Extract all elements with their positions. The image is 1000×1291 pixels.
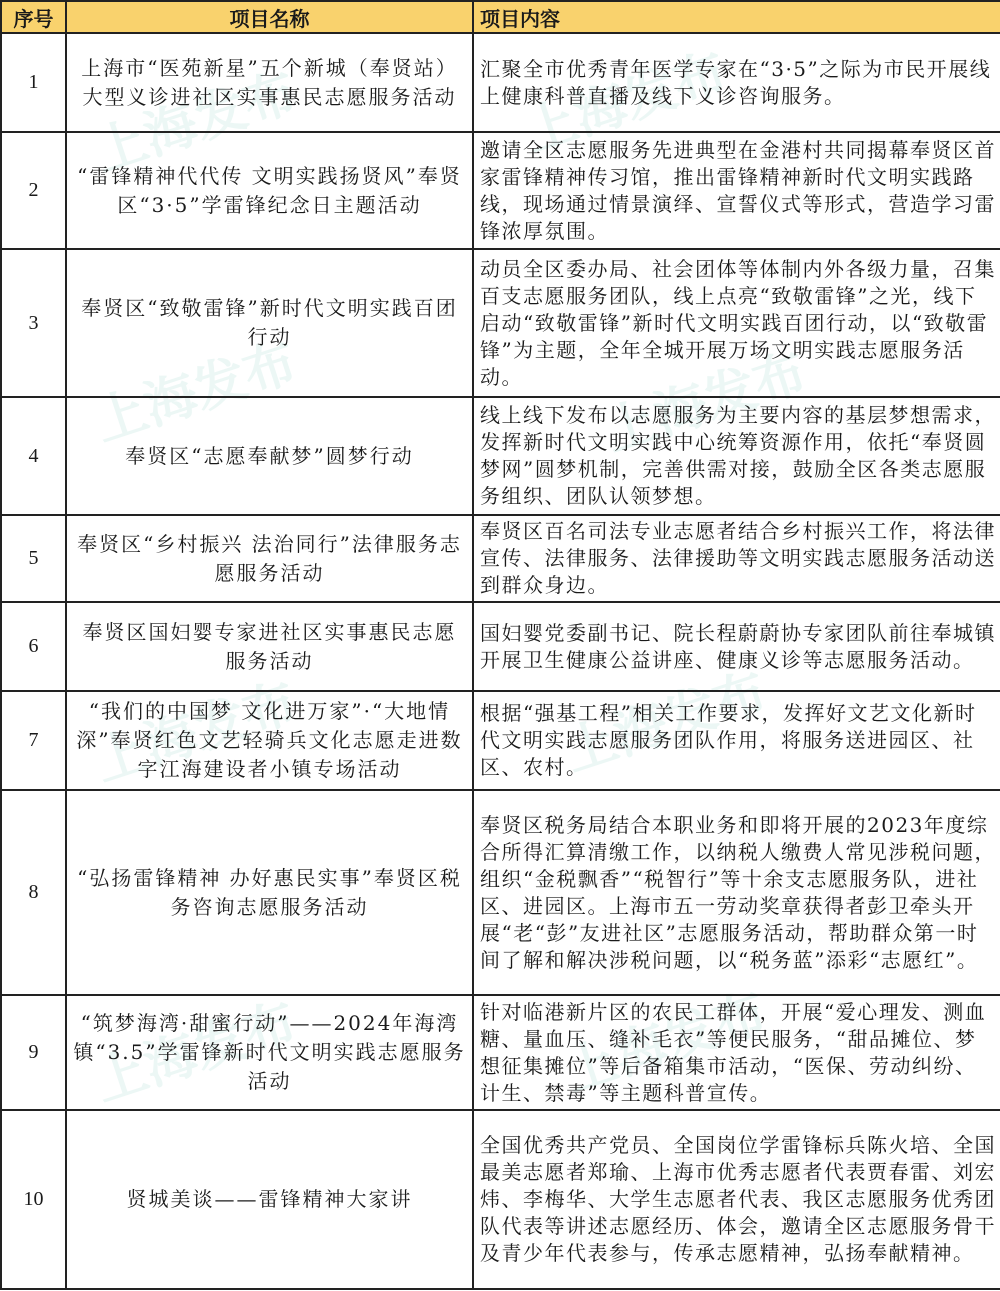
- row-number: 1: [1, 33, 66, 132]
- row-number: 3: [1, 249, 66, 397]
- project-content: 奉贤区百名司法专业志愿者结合乡村振兴工作，将法律宣传、法律服务、法律援助等文明实…: [473, 515, 1000, 602]
- project-content: 针对临港新片区的农民工群体，开展“爱心理发、测血糖、量血压、缝补毛衣”等便民服务…: [473, 995, 1000, 1110]
- project-name: “筑梦海湾·甜蜜行动”——2024年海湾镇“3.5”学雷锋新时代文明实践志愿服务…: [66, 995, 473, 1110]
- row-number: 5: [1, 515, 66, 602]
- project-name: 上海市“医苑新星”五个新城（奉贤站）大型义诊进社区实事惠民志愿服务活动: [66, 33, 473, 132]
- row-number: 2: [1, 132, 66, 249]
- row-number: 9: [1, 995, 66, 1110]
- table-row: 7 “我们的中国梦 文化进万家”·“大地情深”奉贤红色文艺轻骑兵文化志愿走进数字…: [1, 691, 1000, 790]
- row-number: 8: [1, 790, 66, 995]
- table-row: 1 上海市“医苑新星”五个新城（奉贤站）大型义诊进社区实事惠民志愿服务活动 汇聚…: [1, 33, 1000, 132]
- table-row: 6 奉贤区国妇婴专家进社区实事惠民志愿服务活动 国妇婴党委副书记、院长程蔚蔚协专…: [1, 602, 1000, 691]
- row-number: 10: [1, 1110, 66, 1289]
- header-project-content: 项目内容: [473, 1, 1000, 33]
- project-content: 奉贤区税务局结合本职业务和即将开展的2023年度综合所得汇算清缴工作，以纳税人缴…: [473, 790, 1000, 995]
- project-content: 线上线下发布以志愿服务为主要内容的基层梦想需求，发挥新时代文明实践中心统筹资源作…: [473, 397, 1000, 515]
- project-name: 奉贤区“志愿奉献梦”圆梦行动: [66, 397, 473, 515]
- table-row: 8 “弘扬雷锋精神 办好惠民实事”奉贤区税务咨询志愿服务活动 奉贤区税务局结合本…: [1, 790, 1000, 995]
- table-row: 5 奉贤区“乡村振兴 法治同行”法律服务志愿服务活动 奉贤区百名司法专业志愿者结…: [1, 515, 1000, 602]
- table-row: 4 奉贤区“志愿奉献梦”圆梦行动 线上线下发布以志愿服务为主要内容的基层梦想需求…: [1, 397, 1000, 515]
- table-row: 9 “筑梦海湾·甜蜜行动”——2024年海湾镇“3.5”学雷锋新时代文明实践志愿…: [1, 995, 1000, 1110]
- header-project-name: 项目名称: [66, 1, 473, 33]
- project-name: “雷锋精神代代传 文明实践扬贤风”奉贤区“3·5”学雷锋纪念日主题活动: [66, 132, 473, 249]
- project-name: “弘扬雷锋精神 办好惠民实事”奉贤区税务咨询志愿服务活动: [66, 790, 473, 995]
- project-name: 奉贤区“乡村振兴 法治同行”法律服务志愿服务活动: [66, 515, 473, 602]
- project-name: 贤城美谈——雷锋精神大家讲: [66, 1110, 473, 1289]
- row-number: 6: [1, 602, 66, 691]
- table-row: 3 奉贤区“致敬雷锋”新时代文明实践百团行动 动员全区委办局、社会团体等体制内外…: [1, 249, 1000, 397]
- project-name: 奉贤区国妇婴专家进社区实事惠民志愿服务活动: [66, 602, 473, 691]
- project-name: “我们的中国梦 文化进万家”·“大地情深”奉贤红色文艺轻骑兵文化志愿走进数字江海…: [66, 691, 473, 790]
- volunteer-activities-table: 序号 项目名称 项目内容 1 上海市“医苑新星”五个新城（奉贤站）大型义诊进社区…: [0, 0, 1000, 1290]
- header-serial-number: 序号: [1, 1, 66, 33]
- project-content: 动员全区委办局、社会团体等体制内外各级力量，召集百支志愿服务团队，线上点亮“致敬…: [473, 249, 1000, 397]
- project-content: 汇聚全市优秀青年医学专家在“3·5”之际为市民开展线上健康科普直播及线下义诊咨询…: [473, 33, 1000, 132]
- project-content: 国妇婴党委副书记、院长程蔚蔚协专家团队前往奉城镇开展卫生健康公益讲座、健康义诊等…: [473, 602, 1000, 691]
- project-content: 根据“强基工程”相关工作要求，发挥好文艺文化新时代文明实践志愿服务团队作用，将服…: [473, 691, 1000, 790]
- project-name: 奉贤区“致敬雷锋”新时代文明实践百团行动: [66, 249, 473, 397]
- table-row: 10 贤城美谈——雷锋精神大家讲 全国优秀共产党员、全国岗位学雷锋标兵陈火培、全…: [1, 1110, 1000, 1289]
- table-row: 2 “雷锋精神代代传 文明实践扬贤风”奉贤区“3·5”学雷锋纪念日主题活动 邀请…: [1, 132, 1000, 249]
- table-header-row: 序号 项目名称 项目内容: [1, 1, 1000, 33]
- row-number: 7: [1, 691, 66, 790]
- row-number: 4: [1, 397, 66, 515]
- project-content: 全国优秀共产党员、全国岗位学雷锋标兵陈火培、全国最美志愿者郑瑜、上海市优秀志愿者…: [473, 1110, 1000, 1289]
- project-content: 邀请全区志愿服务先进典型在金港村共同揭幕奉贤区首家雷锋精神传习馆，推出雷锋精神新…: [473, 132, 1000, 249]
